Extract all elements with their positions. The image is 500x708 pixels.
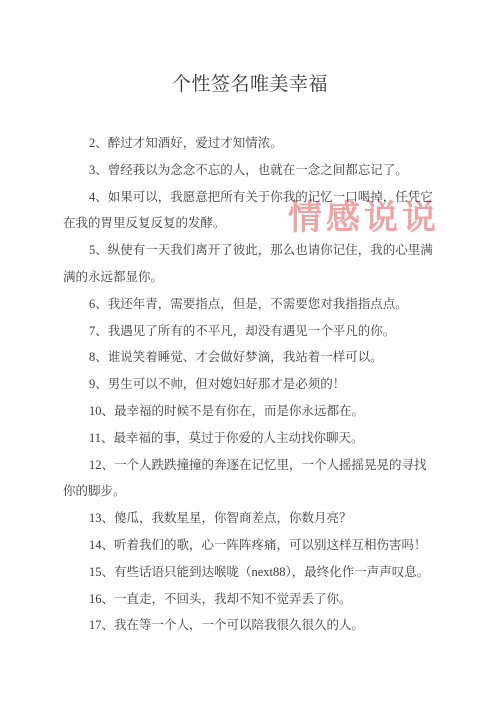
quote-item: 8、谁说笑着睡觉、才会做好梦滴，我站着一样可以。: [63, 344, 437, 371]
document-page: 情感说说 个性签名唯美幸福 2、醉过才知酒好，爱过才知情浓。 3、曾经莪以为念念…: [0, 0, 500, 708]
quote-item: 2、醉过才知酒好，爱过才知情浓。: [63, 130, 437, 157]
quote-item: 15、有些话语只能到达喉咙（next88），最终化作一声声叹息。: [63, 559, 437, 586]
quote-item: 3、曾经莪以为念念不忘的人，也就在一念之间都忘记了。: [63, 157, 437, 184]
quote-item: 5、纵使有一天我们离开了彼此，那么也请你记住，我的心里满满的永远都显你。: [63, 237, 437, 291]
quote-item: 13、傻瓜，我数星星，你智商差点，你数月亮？: [63, 505, 437, 532]
quote-item: 16、一直走，不回头，我却不知不觉弄丢了你。: [63, 586, 437, 613]
quote-item: 12、一个人跌跌撞撞的奔逐在记忆里，一个人摇摇晃晃的寻找你的脚步。: [63, 452, 437, 506]
quote-item: 6、我还年青，需要指点，但是，不需要您对我指指点点。: [63, 291, 437, 318]
quote-item: 7、我遇见了所有的不平凡，却没有遇见一个平凡的你。: [63, 318, 437, 345]
quote-item: 17、我在等一个人，一个可以陪我很久很久的人。: [63, 612, 437, 639]
quote-item: 11、最幸福的事，莫过于你爱的人主动找你聊天。: [63, 425, 437, 452]
quote-item: 4、如果可以，我愿意把所有关于你我的记忆一口喝掉，任凭它在我的胃里反复反复的发酵…: [63, 184, 437, 238]
quote-list: 2、醉过才知酒好，爱过才知情浓。 3、曾经莪以为念念不忘的人，也就在一念之间都忘…: [0, 130, 500, 639]
quote-item: 9、男生可以不帅，但对媳妇好那才是必须的！: [63, 371, 437, 398]
page-title: 个性签名唯美幸福: [0, 71, 500, 99]
quote-item: 10、最幸福的时候不是有你在，而是你永远都在。: [63, 398, 437, 425]
quote-item: 14、听着我们的歌，心一阵阵疼痛，可以别这样互相伤害吗！: [63, 532, 437, 559]
